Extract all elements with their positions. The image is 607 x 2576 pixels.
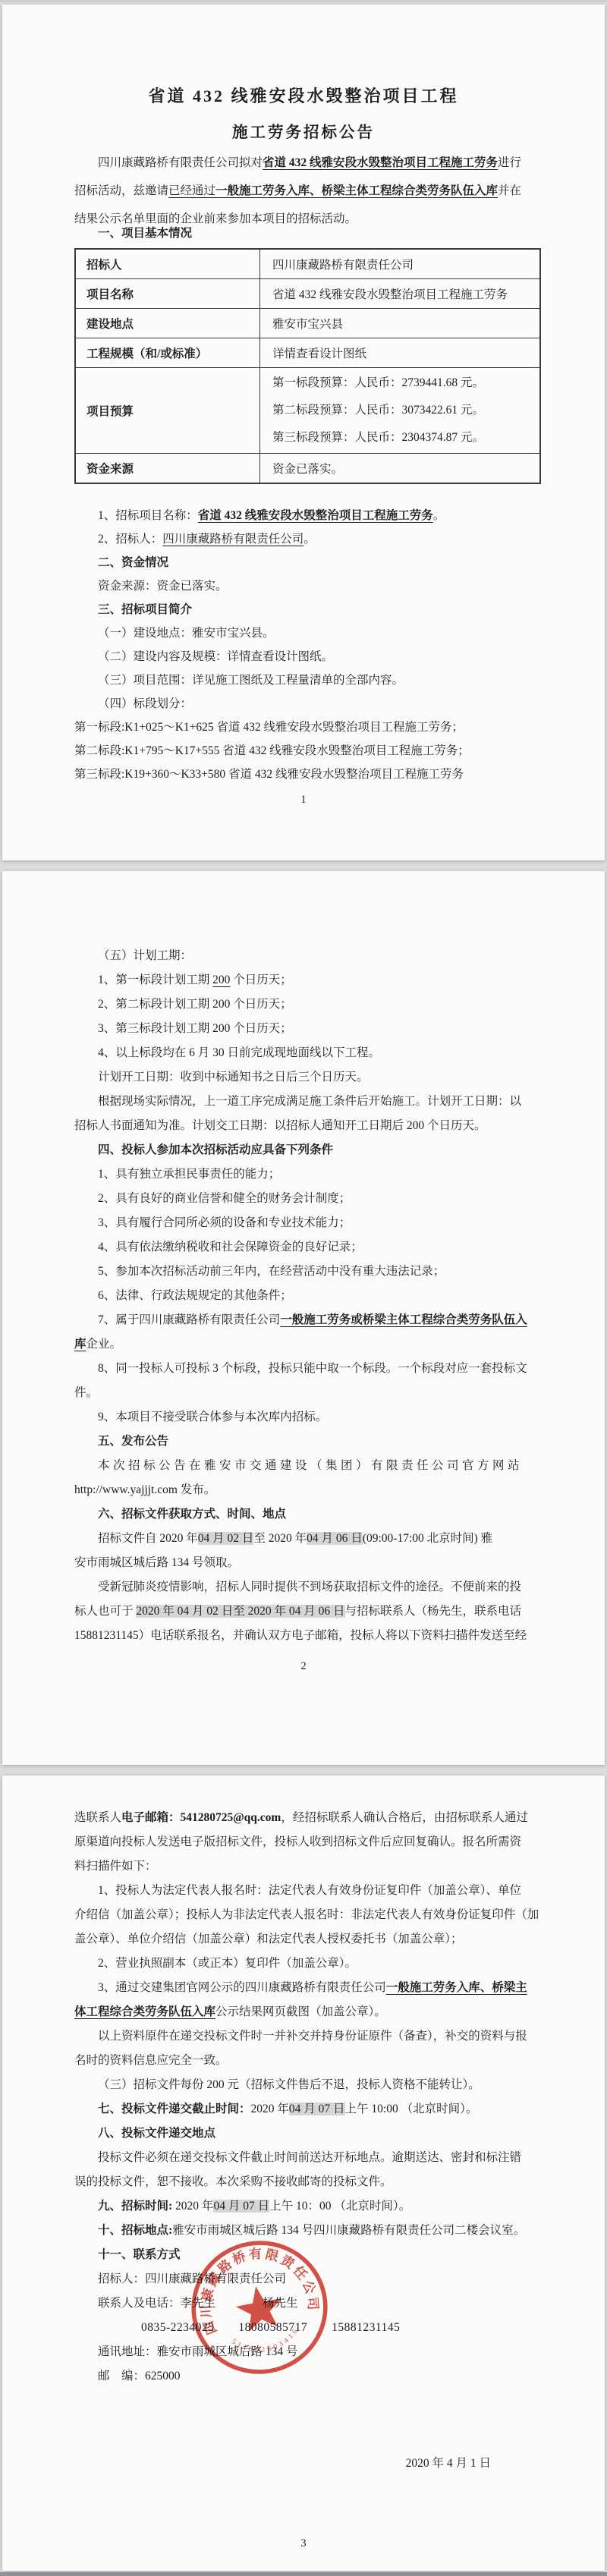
- table-row-value: 四川康藏路桥有限责任公司: [260, 250, 539, 278]
- text-line: 标人也可于 2020 年 04 月 02 日至 2020 年 04 月 06 日…: [74, 1599, 536, 1624]
- text-line: 料扫描件如下：: [74, 1854, 536, 1879]
- text-segment: 04 月 07 日: [289, 2103, 345, 2115]
- page1-body-text: 1、招标项目名称：省道 432 线雅安段水毁整治项目工程施工劳务。2、招标人：四…: [74, 504, 536, 786]
- text-line: 第二标段:K1+795～K17+555 省道 432 线雅安段水毁整治项目工程施…: [74, 739, 536, 763]
- text-segment: 通讯地址：雅安市雨城区城后路 134 号: [98, 2345, 298, 2358]
- text-segment: 五、发布公告: [98, 1435, 168, 1448]
- text-segment: 招标文件自 2020 年: [98, 1532, 198, 1545]
- table-row-label: 资金来源: [76, 454, 260, 483]
- budget-line-2: 第二标段预算：人民币：3073422.61 元。: [272, 397, 539, 424]
- text-line: 体工程综合类劳务队伍入库公示结果网页截图（加盖公章）。: [74, 2000, 536, 2024]
- text-segment: 与招标联系人（杨先生，联系电话: [345, 1605, 522, 1618]
- text-line: 第三标段:K19+360～K33+580 省道 432 线雅安段水毁整治项目工程…: [74, 763, 536, 786]
- text-line: 八、投标文件递交地点: [74, 2122, 536, 2146]
- text-segment: 3、具有履行合同所必须的设备和专业技术能力；: [98, 1216, 351, 1229]
- text-segment: 安市雨城区城后路 134 号领取。: [74, 1556, 239, 1569]
- text-line: 1、第一标段计划工期 200 个日历天；: [74, 968, 536, 992]
- text-line: 四、投标人参加本次招标活动应具备下列条件: [74, 1138, 536, 1162]
- text-segment: 2、第二标段计划工期 200 个日历天；: [98, 998, 292, 1011]
- text-segment: 计划开工日期：收到中标通知书之日后三个日历天。: [98, 1071, 369, 1084]
- page3-body-text: 选联系人电子邮箱：541280725@qq.com，经招标联系人确认合格后，由招…: [74, 1806, 536, 2389]
- text-line: 十、招标地点:雅安市雨城区城后路 134 号四川康藏路桥有限责任公司二楼会议室。: [74, 2219, 536, 2243]
- text-segment: 第二标段:K1+795～K17+555 省道 432 线雅安段水毁整治项目工程施…: [74, 744, 470, 757]
- text-line: 库企业。: [74, 1332, 536, 1357]
- text-segment: 根据现场实际情况，上一道工序完成满足施工条件后开始施工。计划开工日期：以: [98, 1095, 521, 1108]
- text-segment: http://www.yajjjt.com 发布。: [74, 1483, 215, 1496]
- text-segment: 8、同一投标人可投标 3 个标段，投标只能中取一个标段。一个标段对应一套投标文: [98, 1362, 527, 1375]
- section-1-heading: 一、项目基本情况: [98, 224, 192, 241]
- page-number-3: 3: [2, 2537, 605, 2550]
- text-segment: 本次招标公告在雅安市交通建设（集团）有限责任公司官方网站: [98, 1459, 523, 1472]
- text-segment: 投标文件必须在递交投标文件截止时间前送达开标地点。逾期送达、密封和标注错: [98, 2151, 521, 2164]
- text-segment: 省道 432 线雅安段水毁整治项目工程施工劳务: [198, 509, 433, 522]
- text-line: 名时的资料信息应完全一致。: [74, 2049, 536, 2073]
- text-segment: 标人也可于: [74, 1605, 136, 1618]
- page-number-1: 1: [2, 794, 605, 807]
- text-segment: 第一标段:K1+025～K1+625 省道 432 线雅安段水毁整治项目工程施工…: [74, 721, 464, 734]
- text-segment: （三）招标文件每份 200 元（招标文件售后不退，投标人资格不能转让）。: [98, 2078, 480, 2091]
- text-line: 6、法律、行政法规规定的其他条件；: [74, 1284, 536, 1308]
- text-segment: 七、投标文件递交截止时间：: [98, 2103, 251, 2115]
- text-segment: 2、招标人：: [98, 533, 162, 546]
- table-row: 资金来源 资金已落实。: [76, 453, 539, 483]
- text-line: 投标文件必须在递交投标文件截止时间前送达开标地点。逾期送达、密封和标注错: [74, 2146, 536, 2170]
- text-segment: 2020 年: [172, 2200, 213, 2213]
- table-row: 招标人 四川康藏路桥有限责任公司: [76, 250, 539, 278]
- text-segment: ，经招标联系人确认合格后，由招标联系人通过: [281, 1811, 528, 1824]
- text-segment: 。: [303, 533, 316, 546]
- text-line: 二、资金情况: [74, 551, 536, 574]
- text-line: 五、发布公告: [74, 1430, 536, 1454]
- text-line: （五）计划工期：: [74, 944, 536, 968]
- scan-top-edge: [0, 0, 607, 2]
- text-segment: 八、投标文件递交地点: [98, 2127, 215, 2140]
- text-segment: 选联系人: [74, 1811, 121, 1824]
- table-row-label: 项目预算: [76, 368, 260, 453]
- text-line: 15881231145）电话联系报名，并确认双方电子邮箱，投标人将以下资料扫描件…: [74, 1624, 536, 1648]
- text-segment: 料扫描件如下：: [74, 1860, 157, 1873]
- text-segment: 5、参加本次招标活动前三年内，在经营活动中没有重大违法记录；: [98, 1265, 445, 1278]
- text-line: （三）招标文件每份 200 元（招标文件售后不退，投标人资格不能转让）。: [74, 2073, 536, 2097]
- text-line: 邮 编：625000: [74, 2364, 536, 2389]
- text-line: 2、第二标段计划工期 200 个日历天；: [74, 992, 536, 1017]
- text-line: 选联系人电子邮箱：541280725@qq.com，经招标联系人确认合格后，由招…: [74, 1806, 536, 1830]
- text-segment: 15881231145）电话联系报名，并确认双方电子邮箱，投标人将以下资料扫描件…: [74, 1629, 527, 1642]
- text-segment: 体工程综合类劳务队伍入库: [74, 2005, 215, 2018]
- text-line: 2、营业执照副本（或正本）复印件（加盖公章）。: [74, 1952, 536, 1976]
- intro-paragraph: 四川康藏路桥有限责任公司拟对省道 432 线雅安段水毁整治项目工程施工劳务进行招…: [74, 149, 536, 233]
- text-segment: 省道 432 线雅安段水毁整治项目工程施工劳务: [263, 156, 498, 169]
- text-line: 通讯地址：雅安市雨城区城后路 134 号: [74, 2340, 536, 2364]
- text-line: 招标人书面通知为准。计划交工日期：以招标人通知开工日期后 200 个日历天。: [74, 1114, 536, 1138]
- table-row-label: 工程规模（和/或标准）: [76, 338, 260, 367]
- text-segment: 原渠道向投标人发送电子版招标文件，投标人收到招标文件后应回复确认。报名所需资: [74, 1835, 521, 1848]
- text-line: 招标人：四川康藏路桥有限责任公司: [74, 2267, 536, 2291]
- text-line: 1、招标项目名称：省道 432 线雅安段水毁整治项目工程施工劳务。: [74, 504, 536, 527]
- document-title-line2: 施工劳务招标公告: [2, 119, 605, 142]
- table-row-label: 建设地点: [76, 309, 260, 338]
- table-row-value: 省道 432 线雅安段水毁整治项目工程施工劳务: [260, 279, 539, 308]
- text-segment: 1、投标人为法定代表人报名时：法定代表人有效身份证复印件（加盖公章）、单位: [98, 1884, 521, 1897]
- table-row-label: 招标人: [76, 250, 260, 278]
- text-segment: 名时的资料信息应完全一致。: [74, 2054, 228, 2067]
- text-segment: 200: [212, 973, 230, 986]
- text-line: 受新冠肺炎疫情影响，招标人同时提供不到场获取招标文件的途径。不便前来的投: [74, 1575, 536, 1599]
- text-segment: 至 2020 年: [253, 1532, 307, 1545]
- text-segment: （一）建设地点：雅安市宝兴县。: [98, 627, 275, 640]
- scanned-bid-announcement-document: { "doc": { "title_line1": "省道 432 线雅安段水毁…: [0, 0, 607, 2576]
- text-line: （四）标段划分：: [74, 692, 536, 716]
- text-line: 7、属于四川康藏路桥有限责任公司一般施工劳务或桥梁主体工程综合类劳务队伍入: [74, 1308, 536, 1332]
- text-segment: 04 月 07 日: [213, 2200, 269, 2213]
- text-segment: 3、通过交建集团官网公示的四川康藏路桥有限责任公司: [98, 1981, 386, 1994]
- text-segment: 招标活动，兹邀请: [74, 184, 168, 197]
- page2-body-text: （五）计划工期：1、第一标段计划工期 200 个日历天；2、第二标段计划工期 2…: [74, 944, 536, 1648]
- table-row: 工程规模（和/或标准） 详情查看设计图纸: [76, 338, 539, 367]
- text-line: 十一、联系方式: [74, 2243, 536, 2267]
- text-segment: 介绍信（加盖公章）；投标人为非法定代表人报名时：非法定代表人有效身份证复印件（加: [74, 1908, 539, 1921]
- text-segment: 公示结果网页截图（加盖公章）。: [215, 2005, 386, 2018]
- text-segment: 九、招标时间:: [98, 2200, 172, 2213]
- text-segment: 六、招标文件获取方式、时间、地点: [98, 1508, 286, 1521]
- document-title-line1: 省道 432 线雅安段水毁整治项目工程: [2, 83, 605, 107]
- text-line: 介绍信（加盖公章）；投标人为非法定代表人报名时：非法定代表人有效身份证复印件（加: [74, 1903, 536, 1927]
- text-segment: 资金来源：资金已落实。: [98, 580, 228, 593]
- budget-line-3: 第三标段预算：人民币：2304374.87 元。: [272, 424, 539, 451]
- text-segment: 4、以上标段均在 6 月 30 日前完成现地面线以下工程。: [98, 1046, 380, 1059]
- text-line: 1、具有独立承担民事责任的能力；: [74, 1162, 536, 1187]
- text-line: 计划开工日期：收到中标通知书之日后三个日历天。: [74, 1065, 536, 1090]
- text-line: 原渠道向投标人发送电子版招标文件，投标人收到招标文件后应回复确认。报名所需资: [74, 1830, 536, 1854]
- document-page-2: （五）计划工期：1、第一标段计划工期 200 个日历天；2、第二标段计划工期 2…: [2, 871, 605, 1765]
- text-line: 六、招标文件获取方式、时间、地点: [74, 1502, 536, 1527]
- text-segment: 2、营业执照副本（或正本）复印件（加盖公章）。: [98, 1957, 357, 1970]
- text-line: 8、同一投标人可投标 3 个标段，投标只能中取一个标段。一个标段对应一套投标文: [74, 1357, 536, 1381]
- text-segment: 四川康藏路桥有限责任公司拟对: [98, 156, 263, 169]
- text-segment: (09:00-17:00 北京时间) 雅: [363, 1532, 492, 1545]
- text-line: 盖公章）、单位介绍信（加盖公章）和法定代表人授权委托书（加盖公章）；: [74, 1927, 536, 1952]
- text-segment: 招标人：四川康藏路桥有限责任公司: [98, 2272, 286, 2285]
- table-row-value: 详情查看设计图纸: [260, 338, 539, 367]
- document-page-3: 选联系人电子邮箱：541280725@qq.com，经招标联系人确认合格后，由招…: [2, 1776, 605, 2571]
- text-segment: 4、具有依法缴纳税收和社会保障资金的良好记录；: [98, 1241, 363, 1253]
- page-number-2: 2: [2, 1660, 605, 1673]
- announcement-date: 2020 年 4 月 1 日: [406, 2454, 491, 2471]
- text-segment: （五）计划工期：: [98, 949, 192, 962]
- text-segment: 1、第一标段计划工期: [98, 973, 212, 986]
- text-segment: 一般施工劳务或桥梁主体工程综合类劳务队伍入: [280, 1313, 527, 1326]
- text-segment: 04 月 02 日: [198, 1532, 254, 1545]
- text-segment: 十一、联系方式: [98, 2248, 181, 2261]
- table-row-value: 第一标段预算：人民币：2739441.68 元。 第二标段预算：人民币：3073…: [260, 368, 539, 453]
- text-segment: 雅安市雨城区城后路 134 号四川康藏路桥有限责任公司二楼会议室。: [172, 2224, 525, 2237]
- table-row: 项目名称 省道 432 线雅安段水毁整治项目工程施工劳务: [76, 278, 539, 308]
- text-line: 根据现场实际情况，上一道工序完成满足施工条件后开始施工。计划开工日期：以: [74, 1090, 536, 1114]
- text-line: 九、招标时间: 2020 年04 月 07 日上午 10：00 （北京时间）。: [74, 2194, 536, 2219]
- text-segment: 6、法律、行政法规规定的其他条件；: [98, 1289, 292, 1302]
- text-segment: 件。: [74, 1386, 98, 1399]
- text-line: 2、具有良好的商业信誉和健全的财务会计制度；: [74, 1187, 536, 1211]
- text-segment: 三、招标项目简介: [98, 603, 192, 616]
- text-segment: 7、属于四川康藏路桥有限责任公司: [98, 1313, 280, 1326]
- text-segment: 个日历天；: [230, 973, 291, 986]
- text-line: 件。: [74, 1381, 536, 1405]
- text-segment: 受新冠肺炎疫情影响，招标人同时提供不到场获取招标文件的途径。不便前来的投: [98, 1581, 521, 1593]
- text-line: 资金来源：资金已落实。: [74, 574, 536, 598]
- text-segment: 误的投标文件，恕不接收。本次采购不接收邮寄的投标文件。: [74, 2175, 392, 2188]
- text-segment: 第三标段:K19+360～K33+580 省道 432 线雅安段水毁整治项目工程…: [74, 768, 464, 781]
- text-line: 3、具有履行合同所必须的设备和专业技术能力；: [74, 1211, 536, 1235]
- text-segment: 一般施工劳务入库、桥梁主体工程综合类劳务队伍入库: [215, 184, 498, 197]
- text-line: 招标活动，兹邀请已经通过一般施工劳务入库、桥梁主体工程综合类劳务队伍入库并在: [74, 177, 536, 205]
- text-line: 联系人及电话：李先生 杨先生: [74, 2291, 536, 2316]
- text-line: 招标文件自 2020 年04 月 02 日至 2020 年04 月 06 日(0…: [74, 1527, 536, 1551]
- table-row-value: 资金已落实。: [260, 454, 539, 483]
- scan-bottom-edge: [0, 2572, 607, 2576]
- text-line: （一）建设地点：雅安市宝兴县。: [74, 621, 536, 645]
- document-page-1: 省道 432 线雅安段水毁整治项目工程 施工劳务招标公告 四川康藏路桥有限责任公…: [2, 5, 605, 860]
- text-segment: 2、具有良好的商业信誉和健全的财务会计制度；: [98, 1192, 351, 1205]
- text-segment: 1、具有独立承担民事责任的能力；: [98, 1168, 280, 1181]
- text-segment: 以上资料原件在递交投标文件时一并补交并持身份证原件（备查），补交的资料与报: [98, 2030, 527, 2043]
- text-line: 5、参加本次招标活动前三年内，在经营活动中没有重大违法记录；: [74, 1260, 536, 1284]
- table-row-budget: 项目预算 第一标段预算：人民币：2739441.68 元。 第二标段预算：人民币…: [76, 367, 539, 453]
- text-segment: 已经通过: [168, 184, 215, 197]
- text-segment: 十、招标地点:: [98, 2224, 172, 2237]
- text-segment: 电子邮箱：541280725@qq.com: [121, 1811, 281, 1824]
- text-line: 2、招标人：四川康藏路桥有限责任公司。: [74, 527, 536, 551]
- table-row-value: 雅安市宝兴县: [260, 309, 539, 338]
- text-segment: 04 月 06 日: [307, 1532, 363, 1545]
- table-row-label: 项目名称: [76, 279, 260, 308]
- text-segment: 招标人书面通知为准。计划交工日期：以招标人通知开工日期后 200 个日历天。: [74, 1119, 486, 1132]
- text-line: 四川康藏路桥有限责任公司拟对省道 432 线雅安段水毁整治项目工程施工劳务进行: [74, 149, 536, 177]
- text-line: （三）项目范围：详见施工图纸及工程量清单的全部内容。: [74, 668, 536, 692]
- text-segment: 0835-2234023 18080585717 15881231145: [141, 2321, 400, 2334]
- text-line: （二）建设内容及规模：详情查看设计图纸。: [74, 645, 536, 668]
- text-line: 七、投标文件递交截止时间：2020 年04 月 07 日上午 10:00 （北京…: [74, 2097, 536, 2122]
- text-segment: 2020 年: [251, 2103, 289, 2115]
- text-line: 0835-2234023 18080585717 15881231145: [74, 2316, 536, 2340]
- text-segment: 并在: [498, 184, 521, 197]
- text-segment: 盖公章）、单位介绍信（加盖公章）和法定代表人授权委托书（加盖公章）；: [74, 1933, 463, 1945]
- text-line: 以上资料原件在递交投标文件时一并补交并持身份证原件（备查），补交的资料与报: [74, 2024, 536, 2049]
- text-segment: 四、投标人参加本次招标活动应具备下列条件: [98, 1143, 333, 1156]
- text-line: 三、招标项目简介: [74, 598, 536, 621]
- text-segment: 3、第三标段计划工期 200 个日历天；: [98, 1022, 292, 1035]
- text-segment: 上午 10：00 （北京时间）。: [269, 2200, 410, 2213]
- text-segment: 。: [433, 509, 445, 522]
- text-line: 4、以上标段均在 6 月 30 日前完成现地面线以下工程。: [74, 1041, 536, 1065]
- text-line: 4、具有依法缴纳税收和社会保障资金的良好记录；: [74, 1235, 536, 1260]
- text-line: 9、本项目不接受联合体参与本次库内招标。: [74, 1405, 536, 1430]
- text-line: http://www.yajjjt.com 发布。: [74, 1478, 536, 1502]
- text-line: 第一标段:K1+025～K1+625 省道 432 线雅安段水毁整治项目工程施工…: [74, 716, 536, 739]
- text-segment: （二）建设内容及规模：详情查看设计图纸。: [98, 650, 333, 663]
- text-line: 3、第三标段计划工期 200 个日历天；: [74, 1017, 536, 1041]
- text-line: 本次招标公告在雅安市交通建设（集团）有限责任公司官方网站: [74, 1454, 536, 1478]
- text-segment: 上午 10:00 （北京时间）。: [345, 2103, 478, 2115]
- text-segment: 企业。: [86, 1338, 122, 1351]
- text-segment: 进行: [498, 156, 521, 169]
- text-segment: （四）标段划分：: [98, 697, 192, 710]
- text-line: 误的投标文件，恕不接收。本次采购不接收邮寄的投标文件。: [74, 2170, 536, 2194]
- text-segment: 邮 编：625000: [98, 2370, 181, 2383]
- budget-line-1: 第一标段预算：人民币：2739441.68 元。: [272, 370, 539, 397]
- table-row: 建设地点 雅安市宝兴县: [76, 308, 539, 338]
- text-segment: 1、招标项目名称：: [98, 509, 198, 522]
- text-segment: 9、本项目不接受联合体参与本次库内招标。: [98, 1411, 327, 1423]
- text-segment: （三）项目范围：详见施工图纸及工程量清单的全部内容。: [98, 674, 404, 687]
- text-segment: 联系人及电话：李先生 杨先生: [98, 2297, 298, 2310]
- text-line: 安市雨城区城后路 134 号领取。: [74, 1551, 536, 1575]
- text-segment: 2020 年 04 月 02 日至 2020 年 04 月 06 日: [136, 1605, 344, 1618]
- text-segment: 库: [74, 1338, 86, 1351]
- text-segment: 四川康藏路桥有限责任公司: [162, 533, 303, 546]
- project-info-table: 招标人 四川康藏路桥有限责任公司 项目名称 省道 432 线雅安段水毁整治项目工…: [74, 248, 541, 484]
- text-line: 1、投标人为法定代表人报名时：法定代表人有效身份证复印件（加盖公章）、单位: [74, 1879, 536, 1903]
- text-segment: 一般施工劳务入库、桥梁主: [386, 1981, 527, 1994]
- text-line: 3、通过交建集团官网公示的四川康藏路桥有限责任公司一般施工劳务入库、桥梁主: [74, 1976, 536, 2000]
- text-segment: 二、资金情况: [98, 556, 168, 569]
